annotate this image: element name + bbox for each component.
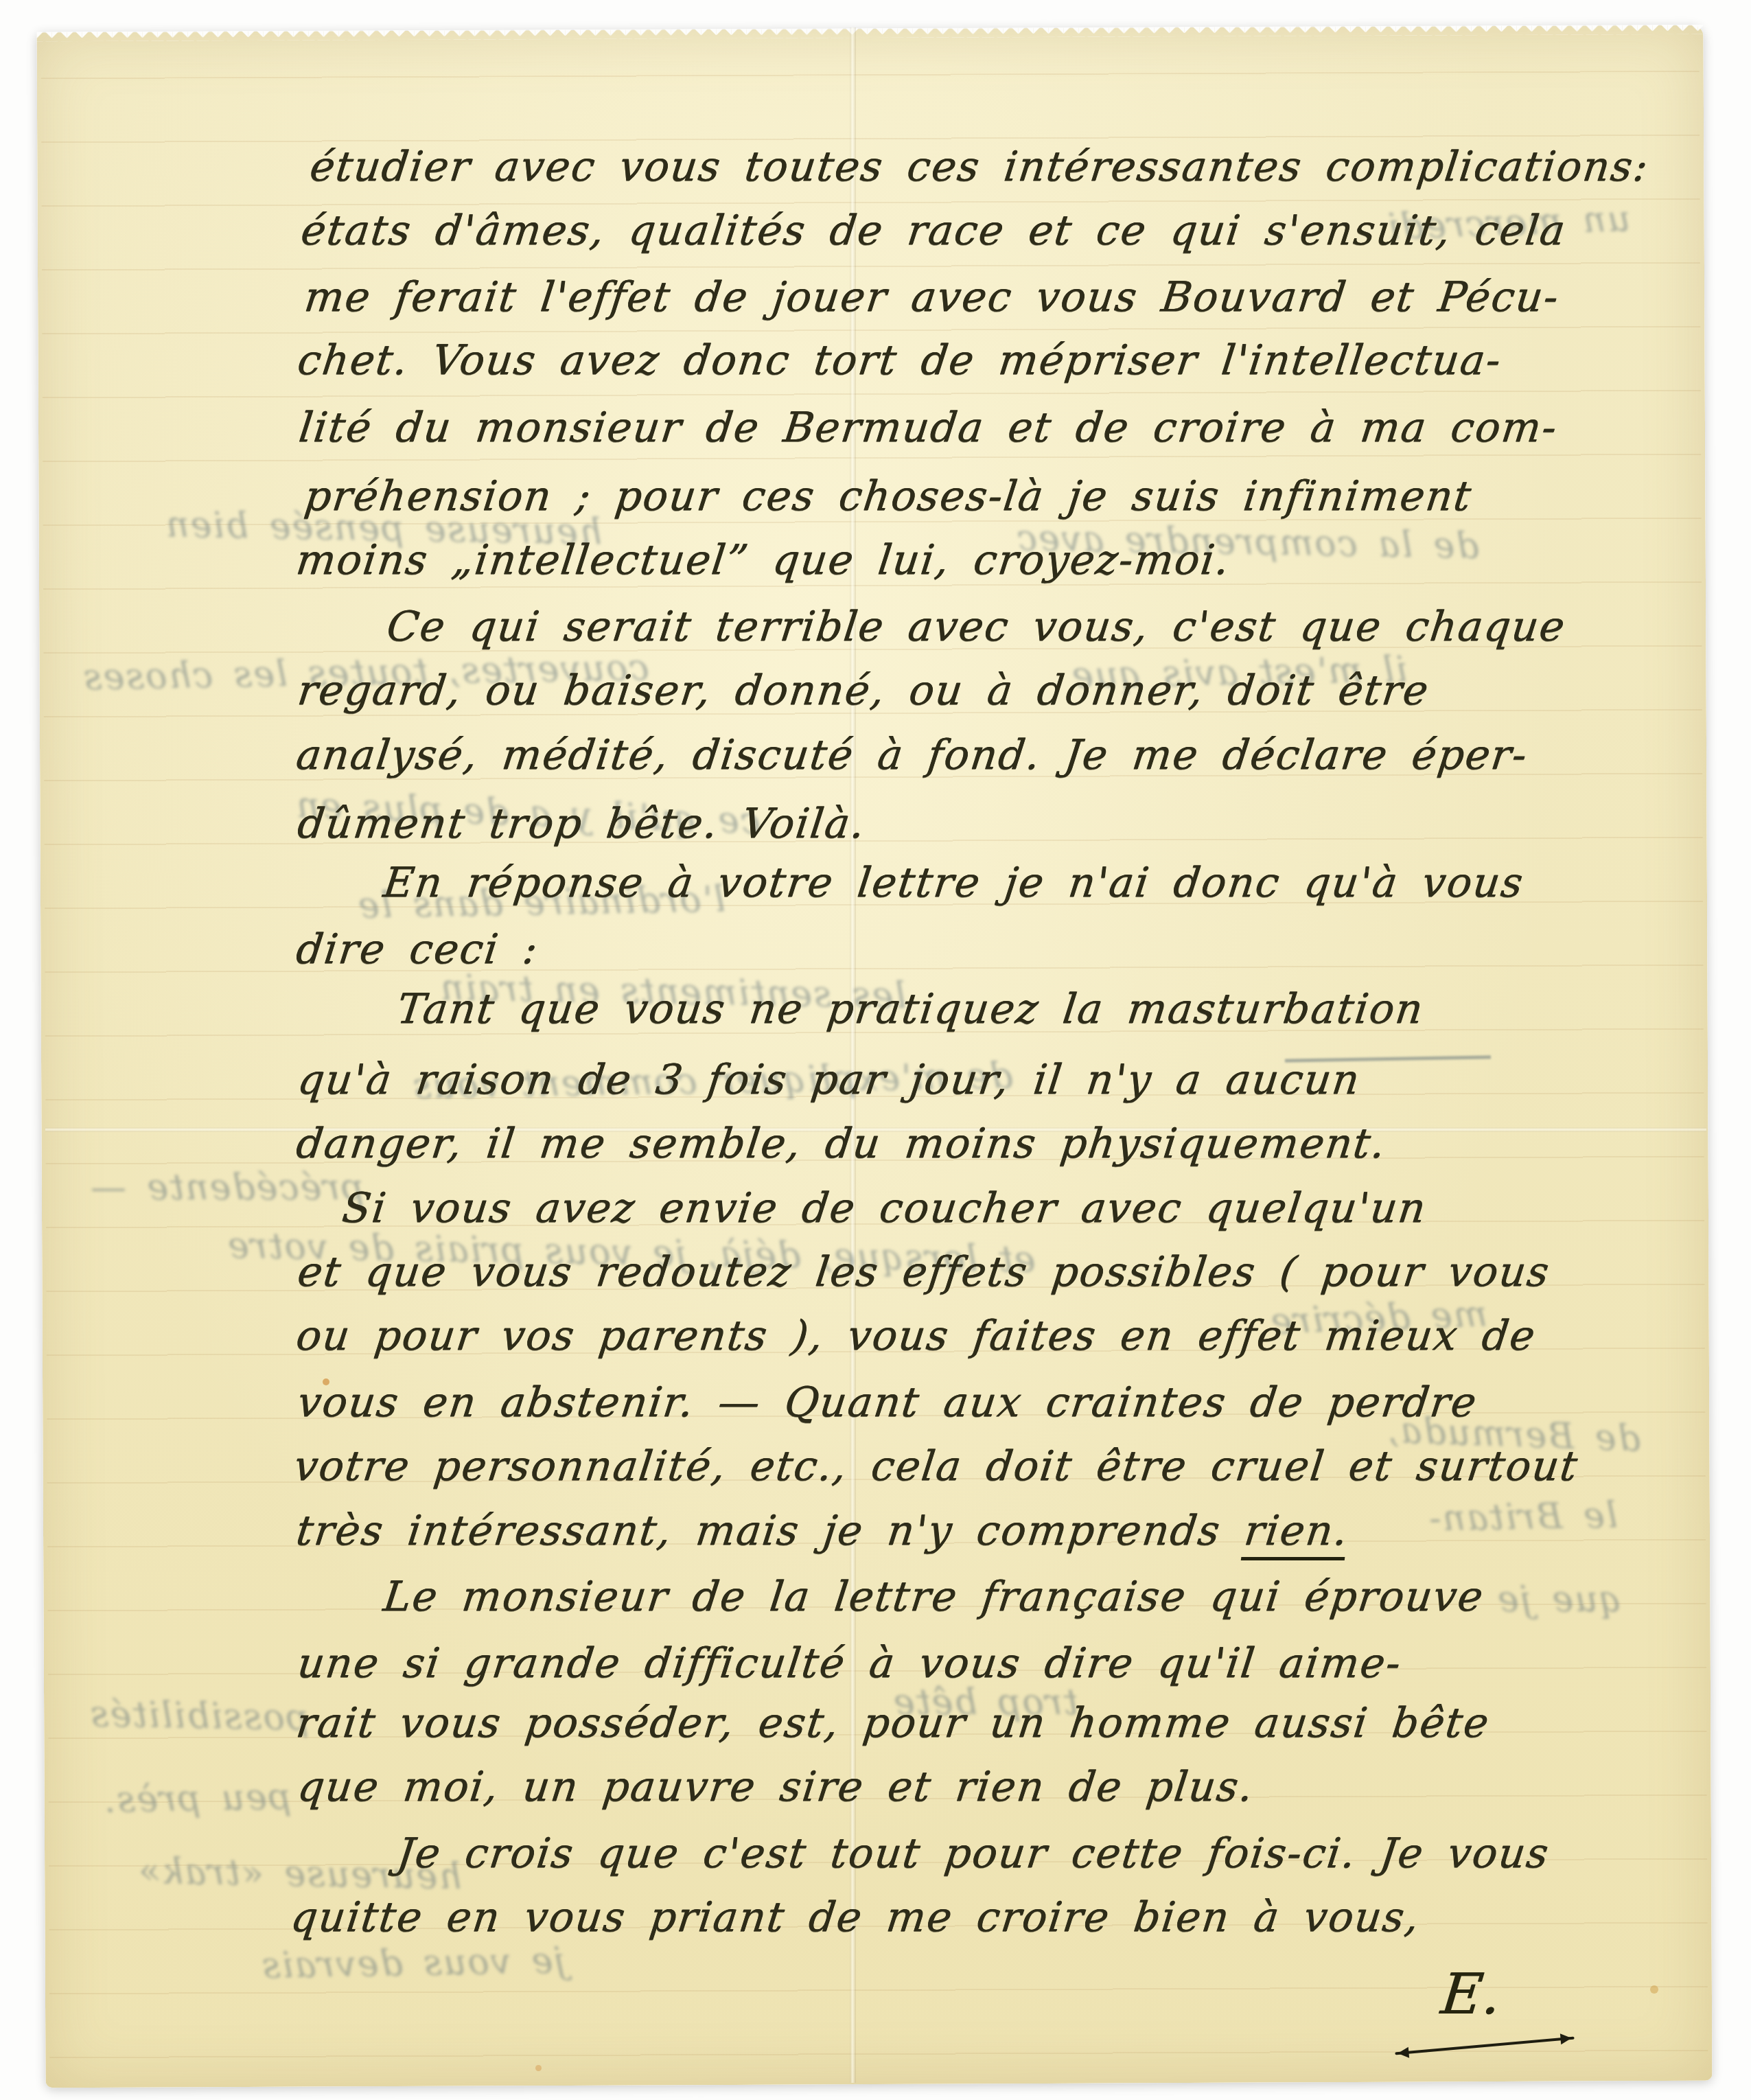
handwritten-line paragraph-start: Je crois que c'est tout pour cette fois-… (395, 1831, 1552, 1876)
handwritten-line: votre personnalité, etc., cela doit être… (292, 1444, 1581, 1489)
scanned-letter: un mercredi heureuse pensée bien couvert… (0, 0, 1751, 2100)
handwritten-line: ou pour vos parents ), vous faites en ef… (294, 1313, 1538, 1359)
bleedthrough-fragment: le Britan- (1427, 1495, 1618, 1540)
paper-stain (1650, 1985, 1658, 1994)
handwritten-line: moins „intellectuel” que lui, croyez-moi… (294, 538, 1233, 583)
bleedthrough-fragment: que je (1496, 1579, 1622, 1620)
bleedthrough-fragment: possibilités (89, 1694, 310, 1739)
handwritten-line: chet. Vous avez donc tort de mépriser l'… (295, 338, 1505, 383)
torn-deckle-edge (36, 25, 1703, 42)
handwritten-line: préhension ; pour ces choses-là je suis … (302, 474, 1474, 519)
handwritten-line: rait vous posséder, est, pour un homme a… (294, 1700, 1492, 1746)
signature-initial: E. (1438, 1962, 1504, 2027)
handwritten-line paragraph-start: Le monsieur de la lettre française qui é… (381, 1574, 1487, 1619)
handwritten-line paragraph-start: Ce qui serait terrible avec vous, c'est … (384, 604, 1568, 649)
handwritten-line paragraph-start: Si vous avez envie de coucher avec quelq… (340, 1186, 1429, 1231)
handwritten-line: dire ceci : (294, 927, 541, 972)
handwritten-line: et que vous redoutez les effets possible… (295, 1249, 1553, 1295)
handwritten-line: vous en abstenir. — Quant aux craintes d… (295, 1380, 1480, 1425)
bleedthrough-fragment: je vous devrais (261, 1940, 566, 1987)
bleedthrough-fragment: peu près. (102, 1777, 291, 1821)
bleedthrough-fragment: précédente — (89, 1167, 364, 1208)
handwritten-line paragraph-start: Tant que vous ne pratiquez la masturbati… (395, 986, 1426, 1032)
handwritten-line: regard, ou baiser, donné, ou à donner, d… (295, 668, 1432, 713)
handwritten-line paragraph-start: En réponse à votre lettre je n'ai donc q… (381, 860, 1527, 905)
handwritten-line: étudier avec vous toutes ces intéressant… (308, 144, 1651, 189)
handwritten-line: analysé, médité, discuté à fond. Je me d… (294, 732, 1531, 778)
handwritten-line: me ferait l'effet de jouer avec vous Bou… (302, 275, 1562, 320)
handwritten-line: quitte en vous priant de me croire bien … (288, 1895, 1422, 1940)
handwritten-line: une si grande difficulté à vous dire qu'… (295, 1641, 1404, 1686)
handwritten-line: dûment trop bête. Voilà. (295, 801, 868, 846)
handwritten-line: qu'à raison de 3 fois par jour, il n'y a… (295, 1057, 1363, 1103)
handwritten-line: états d'âmes, qualités de race et ce qui… (299, 208, 1568, 253)
underlined-word-rien: rien. (1241, 1507, 1352, 1560)
handwritten-line: très intéressant, mais je n'y comprends … (294, 1508, 1351, 1554)
handwritten-line: que moi, un pauvre sire et rien de plus. (295, 1764, 1257, 1810)
line-text: très intéressant, mais je n'y comprends (294, 1507, 1248, 1555)
handwritten-line: lité du monsieur de Bermuda et de croire… (297, 405, 1560, 450)
paper-stain (535, 2065, 542, 2071)
handwritten-line: danger, il me semble, du moins physiquem… (294, 1121, 1389, 1166)
